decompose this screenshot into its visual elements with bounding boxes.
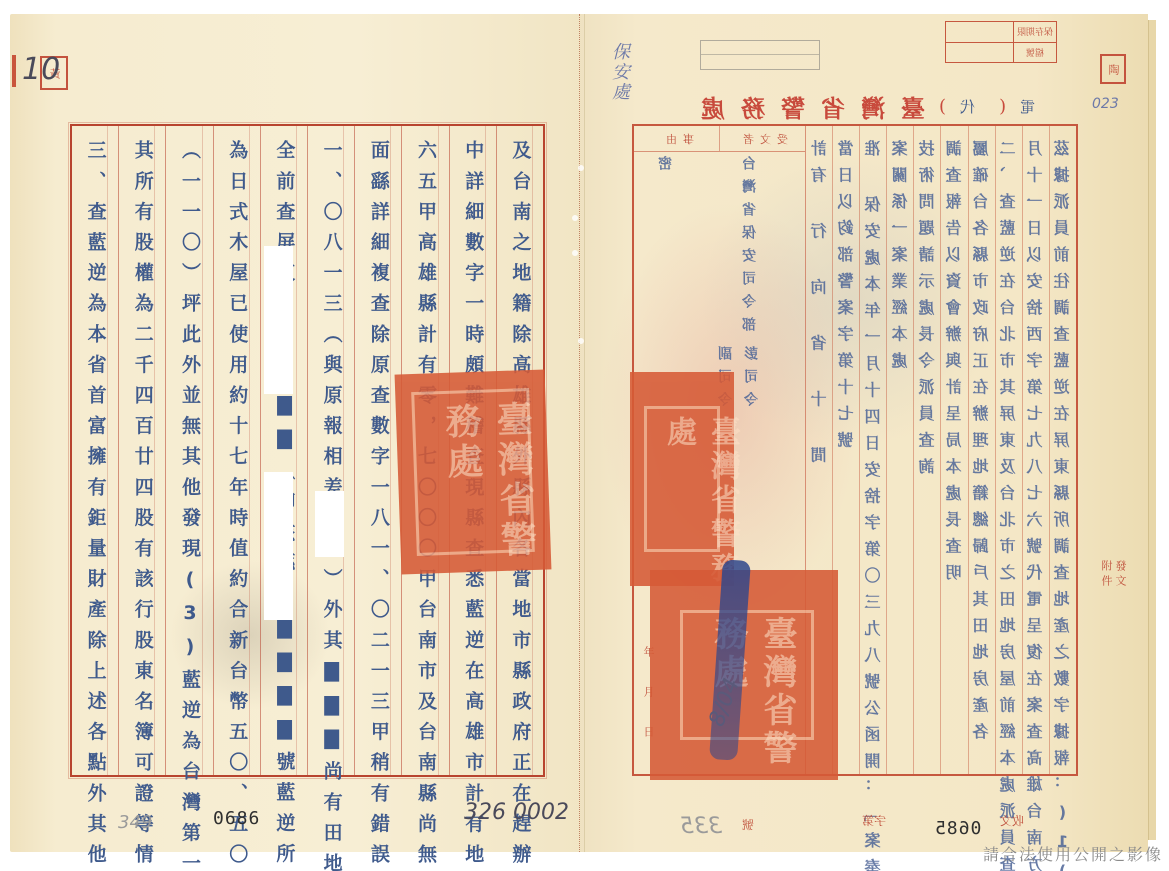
text-column: 一、〇八一三（與原報相差六釐）外其▇▇▇尚有田地三六二五二甲 — [308, 126, 355, 775]
document-header: 電 ( 代 ) 臺灣省警務處 — [655, 88, 1075, 124]
receipt-stamp-box — [700, 40, 820, 70]
handwritten-reference: 326 0002 — [464, 800, 569, 825]
text-column: 月十一日以安捨西字第七九八七六號代電呈復在案查高雄台南方 — [1023, 126, 1050, 774]
recipient-value: 台灣省保安司令部 — [740, 156, 760, 340]
folio-number: 10 — [22, 52, 60, 87]
text-column: （一一〇）坪此外並無其他發現(3)藍逆為台灣第一商業銀行股東之一 — [166, 126, 213, 775]
text-column: 面繇詳細複查除原查數字一八一、〇二一三甲稍有錯誤應更正為一八 — [355, 126, 402, 775]
small-seal-top-right: 陶 — [1100, 54, 1126, 84]
right-page-stamp-number: 0685 — [934, 818, 981, 839]
large-official-seal-upper-right: 臺灣省警務處 — [630, 372, 734, 586]
receipt-footer — [632, 776, 1078, 800]
header-type: 代 — [960, 96, 975, 117]
binding-hole — [572, 250, 578, 256]
text-column: 三、查藍逆為本省首富擁有鉅量財產除上述各點外其他各縣市可能尚有地 — [72, 126, 119, 775]
file-number-label: 檔號 — [1026, 46, 1044, 59]
text-column: 案關係一案業經本處 — [887, 126, 914, 774]
right-pencil-note: 335 — [680, 814, 722, 839]
binding-hole — [572, 215, 578, 221]
word-number-label: 字第 — [862, 812, 886, 829]
corner-number: 023 — [1092, 96, 1119, 112]
text-column: 調查報告以資會辦與計呈局本處長查明 — [941, 126, 968, 774]
file-number-value — [946, 43, 1013, 63]
redaction-block — [264, 472, 293, 620]
text-column: 全前查屏東▇▇▇▇▇（即該縣▇▇▇▇▇號藍逆所置私宅 — [261, 126, 308, 775]
number-label: 號 — [742, 816, 754, 833]
usage-watermark: 請合法使用公開之影像 — [983, 842, 1163, 865]
retention-label: 保存期限 — [1017, 25, 1053, 38]
text-column: 其所有股權為二千四百廿四股有該行股東名簿可證等情 — [119, 126, 166, 775]
text-column: 二、查藍逆在台北市其屏東及台北市之田地房屋前經本處派員查明除上 — [996, 126, 1023, 774]
text-column: 技術問題請示處長令派員查詢 — [914, 126, 941, 774]
binding-hole — [578, 165, 584, 171]
page-stamp-number: 0686 — [213, 808, 260, 829]
issuer-title: 臺灣省警務處 — [685, 89, 925, 124]
side-annotation: 保安處 — [606, 42, 632, 102]
text-column: 屬確台各縣市政府正在辦理地籍總歸戶其田地房產各 — [969, 126, 996, 774]
binding-stitch-line — [579, 14, 585, 852]
subject-header: 事由 — [660, 131, 694, 147]
recipient-header: 受文者 — [737, 131, 788, 147]
margin-dispatch-label: 發文 — [1112, 560, 1128, 590]
page-edge — [1148, 20, 1156, 840]
edge-seal-mark — [12, 55, 16, 87]
pencil-note: 349 — [118, 812, 152, 833]
binding-hole — [578, 338, 584, 344]
received-label: 收文 — [1000, 812, 1024, 829]
large-official-seal-left: 臺灣省警務處 — [395, 369, 552, 574]
document-spread: 黃 10 三、查藍逆為本省首富擁有鉅量財產除上述各點外其他各縣市可能尚有地 其所… — [0, 0, 1169, 871]
text-column: 為日式木屋已使用約十七年時值約合新台幣五〇、五〇〇元其面積為 — [214, 126, 261, 775]
subject-value: 密 — [656, 156, 676, 179]
text-column: 准 保安處本年一月十四日安捨字第〇三九八號公函開：「案奉 — [860, 126, 887, 774]
archive-info-box: 保存期限 檔號 — [945, 21, 1057, 63]
redaction-block — [315, 491, 344, 557]
redaction-block — [264, 246, 293, 394]
retention-value — [946, 22, 1013, 43]
text-column: 茲據派員前往調查藍逆在屏東縣所調查地產之數字據報：(1)高 — [1050, 126, 1076, 774]
recipient-value: 彭司令 — [742, 346, 762, 415]
header-type-suffix: 電 — [1020, 96, 1035, 117]
